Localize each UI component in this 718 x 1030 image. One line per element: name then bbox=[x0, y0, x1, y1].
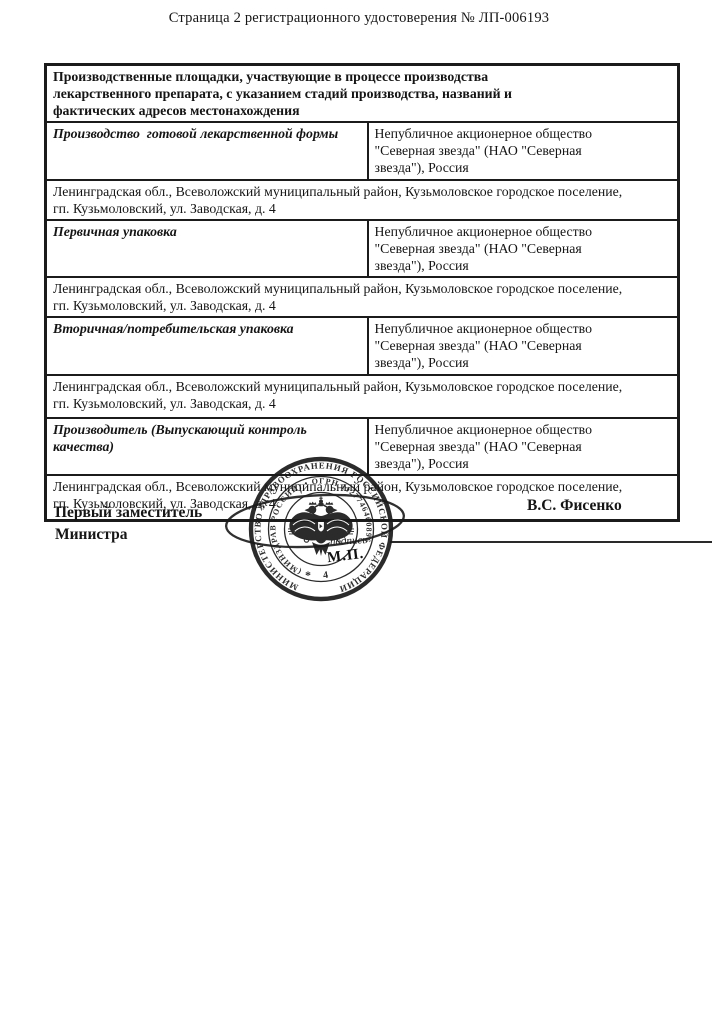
signatory-position: Первый заместитель Министра bbox=[55, 502, 202, 546]
registration-certificate-page: Страница 2 регистрационного удостоверени… bbox=[0, 0, 718, 1030]
table-header-cell: Производственные площадки, участвующие в… bbox=[46, 65, 679, 123]
seal-bottom-number: 4 bbox=[322, 570, 328, 582]
address-cell-2: Ленинградская обл., Всеволожский муницип… bbox=[46, 277, 679, 317]
signature-line bbox=[390, 541, 712, 543]
signatory-position-line1: Первый заместитель bbox=[55, 502, 202, 524]
stage-cell-finished-form: Производство готовой лекарственной формы bbox=[46, 122, 368, 179]
company-cell-4: Непубличное акционерное общество "Северн… bbox=[368, 418, 679, 475]
company-cell-3: Непубличное акционерное общество "Северн… bbox=[368, 317, 679, 374]
address-cell-3: Ленинградская обл., Всеволожский муницип… bbox=[46, 375, 679, 418]
handwritten-signature-swoosh bbox=[222, 487, 412, 557]
stage-cell-secondary-packaging: Вторичная/потребительская упаковка bbox=[46, 317, 368, 374]
page-title: Страница 2 регистрационного удостоверени… bbox=[0, 10, 718, 27]
address-cell-1: Ленинградская обл., Всеволожский муницип… bbox=[46, 180, 679, 220]
company-cell-1: Непубличное акционерное общество "Северн… bbox=[368, 122, 679, 179]
signatory-position-line2: Министра bbox=[55, 524, 202, 546]
stage-cell-primary-packaging: Первичная упаковка bbox=[46, 220, 368, 277]
signer-name: В.С. Фисенко bbox=[527, 497, 622, 515]
company-cell-2: Непубличное акционерное общество "Северн… bbox=[368, 220, 679, 277]
seal-bottom-asterisk: * bbox=[305, 568, 311, 582]
